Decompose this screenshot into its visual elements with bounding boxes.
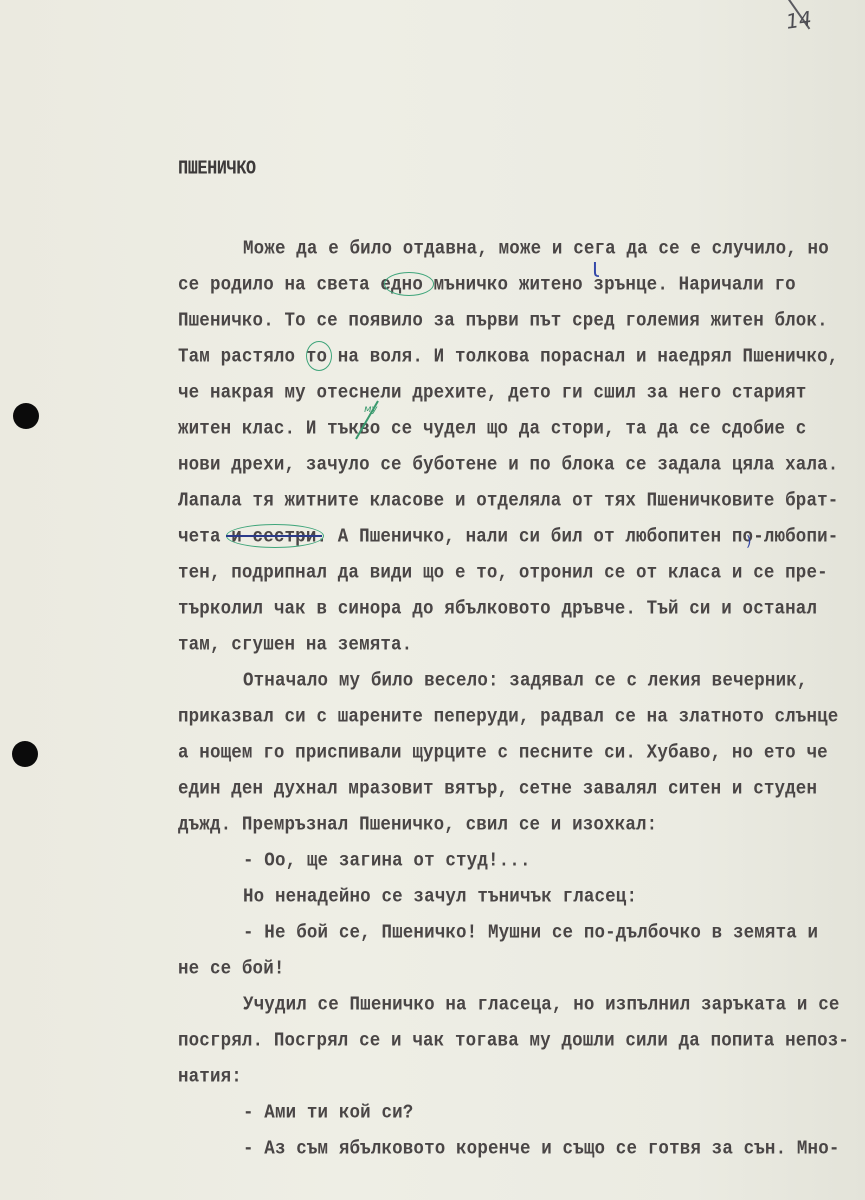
text-line: Отначало му било весело: задявал се с ле… — [243, 670, 808, 692]
text-line: а нощем го приспивали щурците с песните … — [178, 742, 828, 764]
text-line: Но ненадейно се зачул тъничък гласец: — [243, 886, 637, 908]
text-line: - Аз съм ябълковото коренче и също се го… — [243, 1138, 840, 1160]
text-line: се родило на света едно мъничко житено з… — [178, 274, 796, 296]
text-line: един ден духнал мразовит вятър, сетне за… — [178, 778, 817, 800]
text-line: дъжд. Премръзнал Пшеничко, свил се и изо… — [178, 814, 657, 836]
text-line: Може да е било отдавна, може и сега да с… — [243, 238, 829, 260]
text-line: посгрял. Посгрял се и чак тогава му дошл… — [178, 1030, 849, 1052]
text-line: тен, подрипнал да види що е то, отронил … — [178, 562, 828, 584]
text-line: - Оо, ще загина от студ!... — [243, 850, 531, 872]
circled-word-edno — [384, 272, 434, 296]
margin-insert-mu: му — [364, 404, 377, 415]
text-line: Пшеничко. То се появило за първи път сре… — [178, 310, 828, 332]
text-line: Учудил се Пшеничко на гласеца, но изпълн… — [243, 994, 840, 1016]
text-line: търколил чак в синора до ябълковото дръв… — [178, 598, 817, 620]
text-line: не се бой! — [178, 958, 285, 980]
text-line: Там растяло то на воля. И толкова порасн… — [178, 346, 838, 368]
text-line: там, сгушен на земята. — [178, 634, 412, 656]
strikethrough-i-sestri — [226, 535, 322, 537]
text-line: - Ами ти кой си? — [243, 1102, 413, 1124]
document-title: ПШЕНИЧКО — [178, 159, 256, 181]
text-line: приказвал си с шарените пеперуди, радвал… — [178, 706, 838, 728]
blue-correction-mark: Ɩ — [592, 258, 599, 282]
text-line: нови дрехи, зачуло се буботене и по блок… — [178, 454, 838, 476]
punch-hole-bottom — [12, 741, 38, 767]
punch-hole-top — [13, 403, 39, 429]
text-line: натия: — [178, 1066, 242, 1088]
text-line: - Не бой се, Пшеничко! Мушни се по-дълбо… — [243, 922, 818, 944]
text-line: Лапала тя житните класове и отделяла от … — [178, 490, 838, 512]
document-page: 14 ПШЕНИЧКО Може да е било отдавна, може… — [0, 0, 865, 1200]
page-number: 14 — [784, 6, 813, 33]
circled-word-to — [306, 341, 332, 371]
blue-comma-mark: ) — [746, 534, 751, 550]
text-line: че накрая му отеснели дрехите, дето ги с… — [178, 382, 806, 404]
text-line: житен клас. И тъкво се чудел що да стори… — [178, 418, 806, 440]
